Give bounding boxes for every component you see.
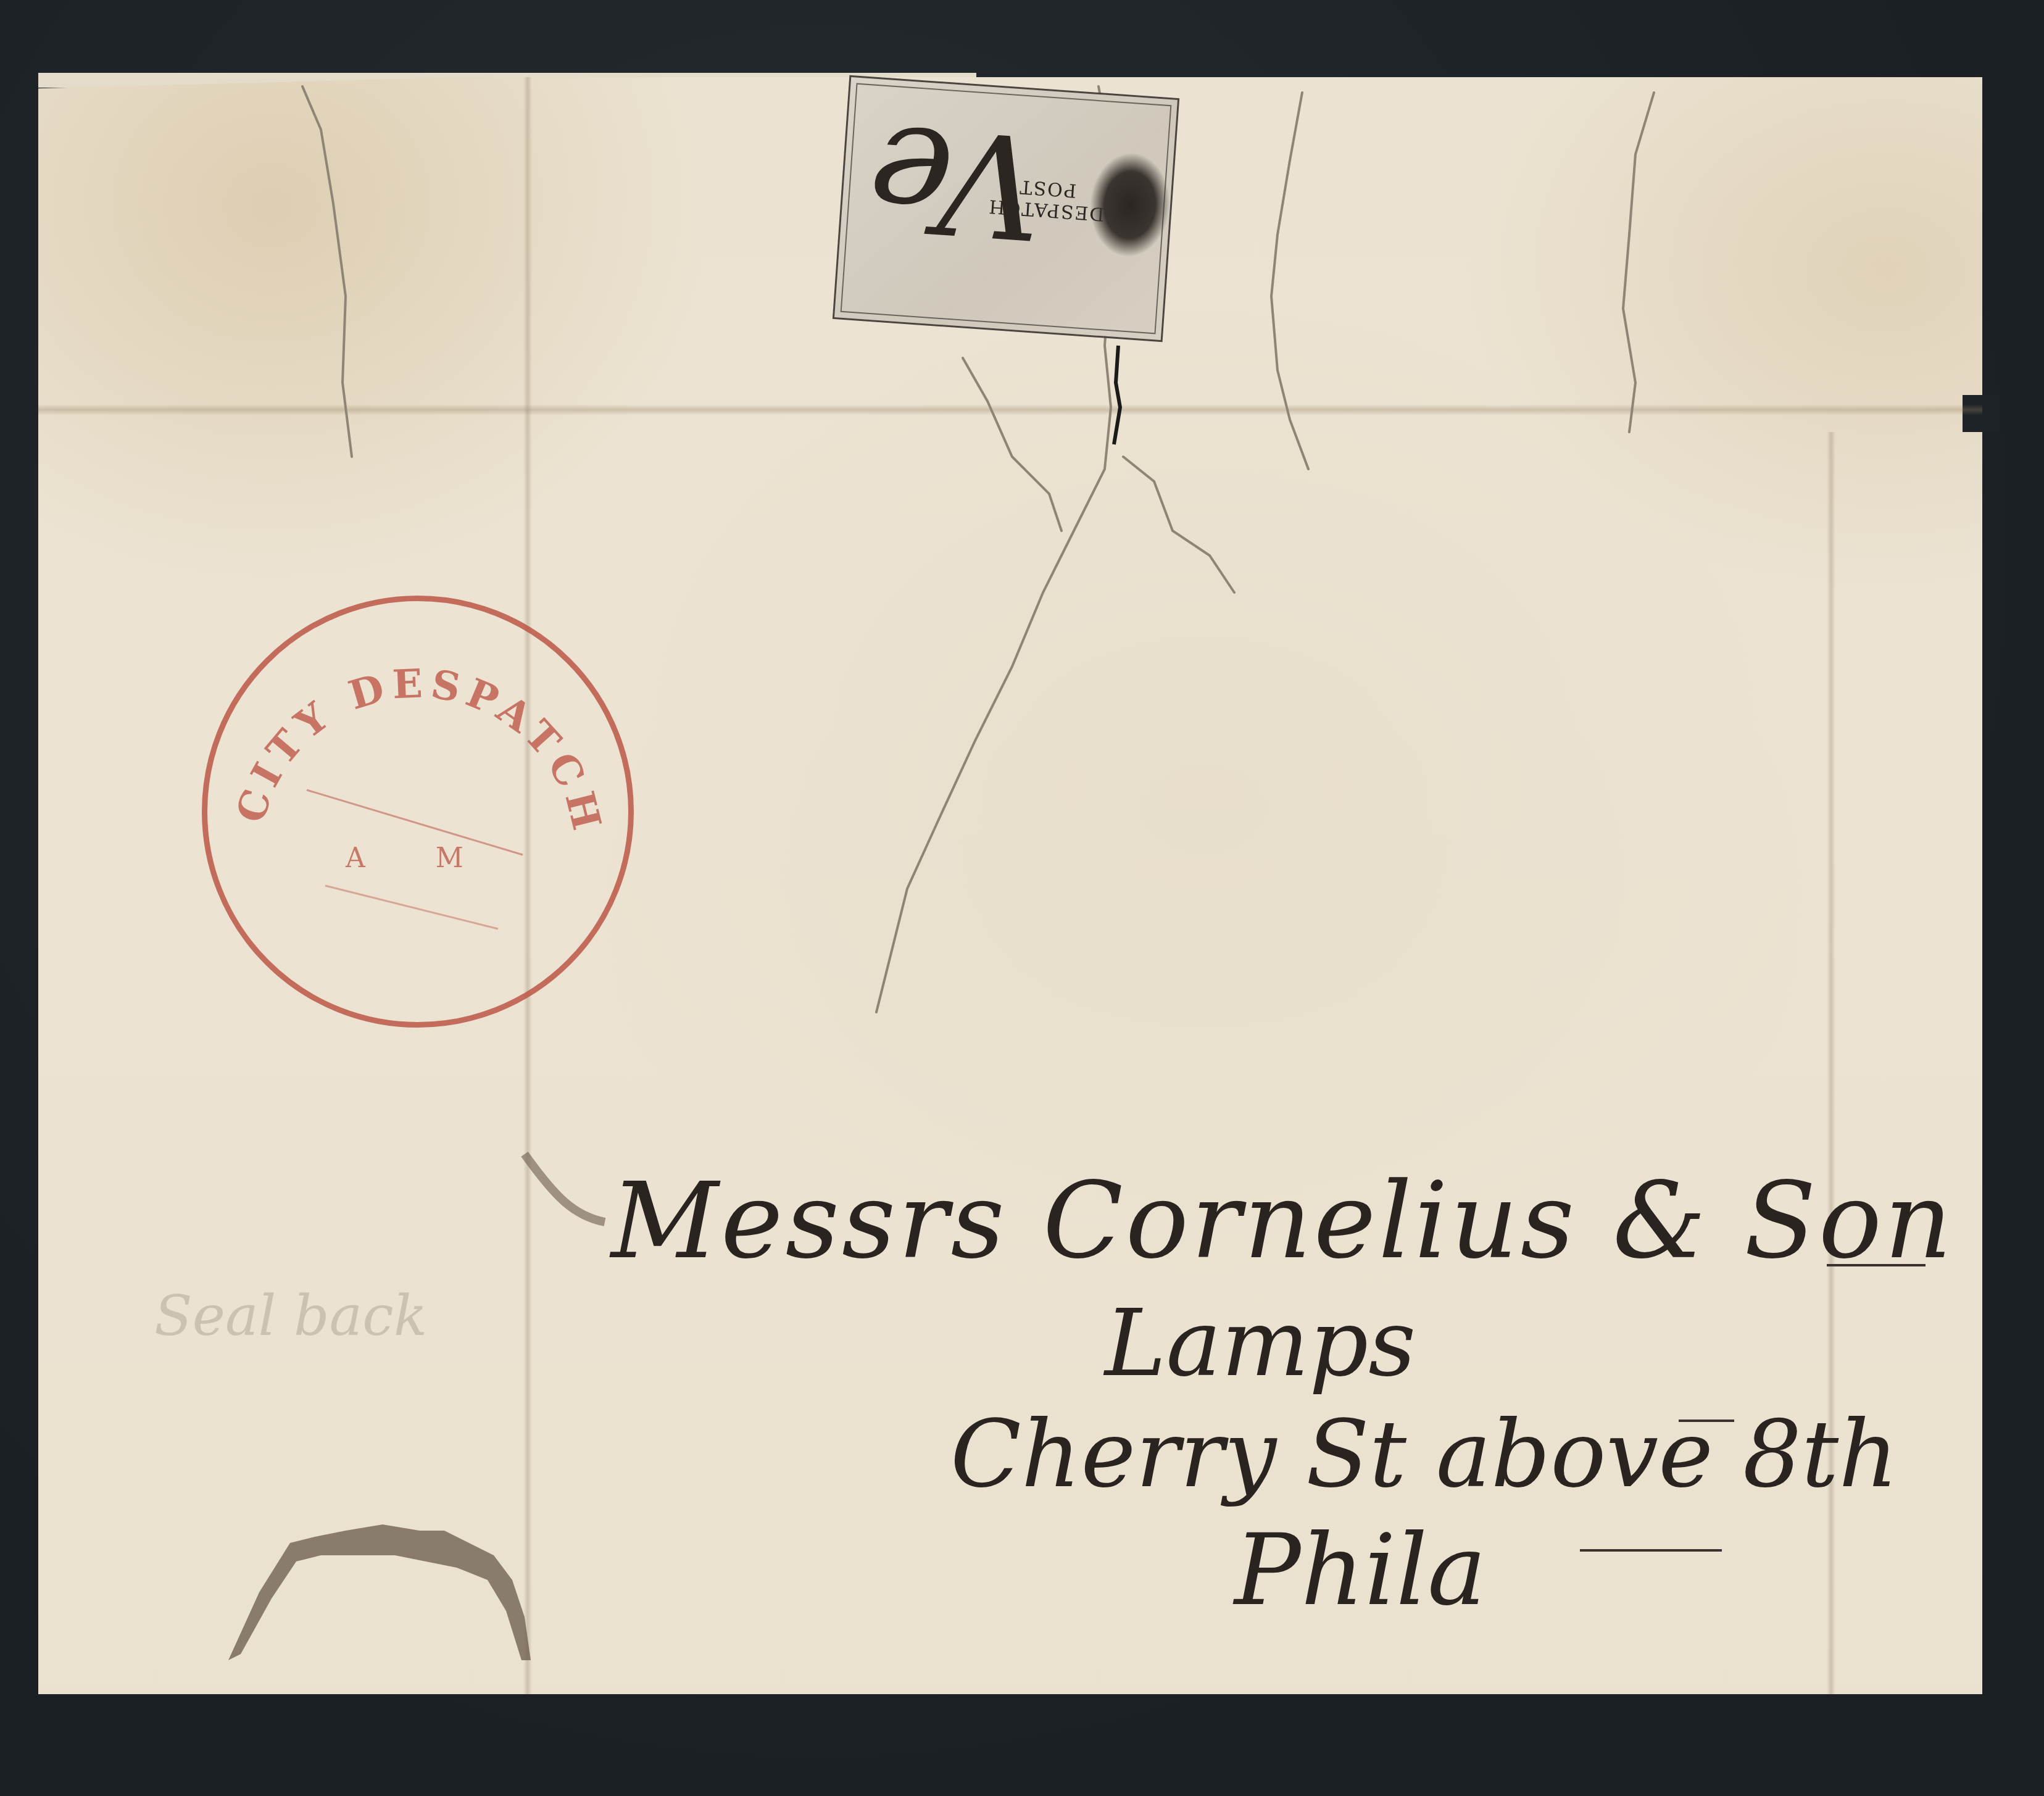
address-underline-8th — [1679, 1420, 1734, 1422]
address-line-4: Phila — [1234, 1512, 1486, 1628]
postmark-text-ring: CITY DESPATCH — [202, 596, 634, 1028]
address-line-2: Lamps — [1105, 1290, 1416, 1397]
address-flourish — [1827, 1264, 1926, 1266]
address-line-1: Messrs Cornelius & Son — [611, 1160, 1955, 1283]
address-line-3: Cherry St above 8th — [950, 1401, 1898, 1508]
stamp-banner-line-2: POST — [1018, 175, 1078, 201]
postmark-time: A M — [346, 842, 494, 874]
address-underline-phila — [1580, 1549, 1722, 1552]
svg-text:CITY DESPATCH: CITY DESPATCH — [228, 660, 612, 840]
local-post-stamp: Ve DESPATCH POST — [833, 75, 1179, 342]
eagle-icon — [1086, 150, 1174, 260]
stamp-banner-line-1: DESPATCH — [987, 195, 1105, 225]
pencil-notation: Seal back — [154, 1284, 427, 1349]
